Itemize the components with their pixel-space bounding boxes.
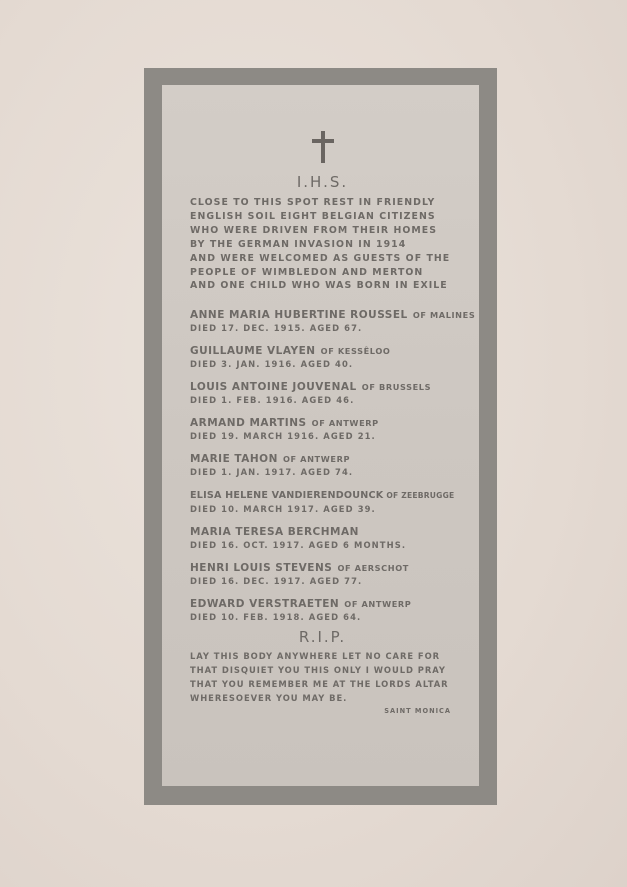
entry-origin: of Aerschot [337,563,409,573]
closing-rip: R.I.P. [190,628,455,646]
entry-died: Died 1. Jan. 1917. Aged 74. [190,466,455,478]
verse-line: Lay this body anywhere let no care for [190,650,455,664]
intro-line: English soil eight Belgian citizens [190,210,455,224]
entry-origin: of Brussels [362,382,431,392]
verse-line: that disquiet you This only I would pray [190,664,455,678]
verse-line: wheresoever you may be. [190,692,455,706]
intro-line: and were welcomed as guests of the [190,252,455,266]
entry-name: Anne Maria Hubertine Roussel [190,309,408,321]
intro-line: and one child who was born in exile [190,279,455,293]
entry-origin: of Antwerp [344,599,411,609]
entry: Edward Verstraeten of Antwerp Died 10. F… [190,592,455,623]
entry-died: Died 17. Dec. 1915. Aged 67. [190,322,455,334]
entry-origin: of Kessêloo [321,346,391,356]
monogram: I.H.S. [190,173,455,191]
inscription-intro: Close to this spot rest in friendly Engl… [190,196,455,293]
entry: Guillaume Vlayen of Kessêloo Died 3. Jan… [190,339,455,370]
cross-icon [312,131,334,163]
entry-list: Anne Maria Hubertine Roussel of Malines … [190,303,455,623]
entry-died: Died 19. March 1916. Aged 21. [190,430,455,442]
entry-name: Edward Verstraeten [190,598,339,610]
entry-died: Died 1. Feb. 1916. Aged 46. [190,394,455,406]
entry: Maria Teresa Berchman Died 16. Oct. 1917… [190,520,455,551]
entry-died: Died 10. Feb. 1918. Aged 64. [190,611,455,623]
intro-line: people of Wimbledon and Merton [190,266,455,280]
entry: Louis Antoine Jouvenal of Brussels Died … [190,375,455,406]
intro-line: who were driven from their homes [190,224,455,238]
attribution: Saint Monica [190,707,455,715]
entry: Henri Louis Stevens of Aerschot Died 16.… [190,556,455,587]
entry-died: Died 16. Oct. 1917. Aged 6 Months. [190,539,455,551]
plaque-frame: I.H.S. Close to this spot rest in friend… [144,68,497,805]
entry-name: Marie Tahon [190,453,278,465]
entry-name: Louis Antoine Jouvenal [190,381,357,393]
entry: Armand Martins of Antwerp Died 19. March… [190,411,455,442]
entry-name: Armand Martins [190,417,307,429]
entry-origin: of Malines [413,310,476,320]
memorial-plaque: I.H.S. Close to this spot rest in friend… [162,85,479,786]
entry-name: Guillaume Vlayen [190,345,316,357]
intro-line: Close to this spot rest in friendly [190,196,455,210]
entry-died: Died 10. March 1917. Aged 39. [190,503,455,515]
verse: Lay this body anywhere let no care for t… [190,650,455,705]
entry-name: Elisa Helene Vandierendounck [190,490,383,501]
entry-died: Died 3. Jan. 1916. Aged 40. [190,358,455,370]
verse-line: that you remember me at the Lords altar [190,678,455,692]
entry: Anne Maria Hubertine Roussel of Malines … [190,303,455,334]
entry: Marie Tahon of Antwerp Died 1. Jan. 1917… [190,447,455,478]
entry-died: Died 16. Dec. 1917. Aged 77. [190,575,455,587]
entry-origin: of Antwerp [312,418,379,428]
entry-name: Henri Louis Stevens [190,562,332,574]
entry-name: Maria Teresa Berchman [190,526,359,538]
entry-origin: of Antwerp [283,454,350,464]
entry-origin: of Zeebrugge [386,491,454,500]
intro-line: by the German invasion in 1914 [190,238,455,252]
entry: Elisa Helene Vandierendounckof Zeebrugge… [190,483,455,515]
